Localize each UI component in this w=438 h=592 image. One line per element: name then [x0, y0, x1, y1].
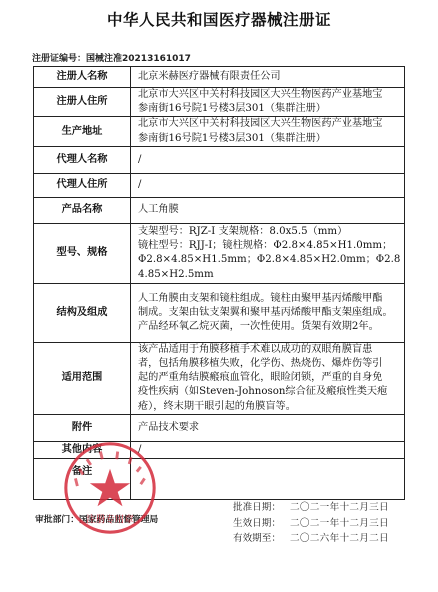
approval-department-value: 国家药品监督管理局 — [79, 515, 158, 525]
row-value: 产品技术要求 — [131, 414, 405, 441]
row-label: 附件 — [34, 414, 131, 441]
row-value — [131, 458, 405, 499]
row-label: 注册人名称 — [34, 67, 131, 88]
row-value: 北京市大兴区中关村科技园区大兴生物医药产业基地宝 参南街16号院1号楼3层301… — [131, 88, 405, 117]
row-value: / — [131, 173, 405, 197]
registration-number: 注册证编号：国械注准20213161017 — [32, 51, 191, 64]
row-label: 型号、规格 — [34, 223, 131, 283]
table-row-production-address: 生产地址 北京市大兴区中关村科技园区大兴生物医药产业基地宝 参南街16号院1号楼… — [34, 117, 405, 146]
approval-department-label: 审批部门： — [35, 515, 79, 525]
row-label: 其他内容 — [34, 441, 131, 458]
row-label: 代理人住所 — [34, 173, 131, 197]
registration-number-value: 国械注准20213161017 — [86, 54, 191, 64]
document-title: 中华人民共和国医疗器械注册证 — [0, 8, 438, 30]
table-row-scope-of-application: 适用范围 该产品适用于角膜移植手术难以成功的双眼角膜盲患 者，包括角膜移植失败，… — [34, 342, 405, 414]
table-row-remarks: 备注 — [34, 458, 405, 499]
row-value: 北京米赫医疗器械有限责任公司 — [131, 67, 405, 88]
row-label: 产品名称 — [34, 197, 131, 223]
expiry-date: 有效期至： 二〇二六年十二月二日 — [233, 531, 389, 547]
row-label: 代理人名称 — [34, 146, 131, 173]
table-row-attachment: 附件 产品技术要求 — [34, 414, 405, 441]
table-row-agent-name: 代理人名称 / — [34, 146, 405, 173]
row-label: 备注 — [34, 458, 131, 499]
row-value: / — [131, 146, 405, 173]
row-value: 人工角膜由支架和镜柱组成。镜柱由聚甲基丙烯酸甲酯 制成。支架由钛支架翼和聚甲基丙… — [131, 283, 405, 342]
table-row-agent-address: 代理人住所 / — [34, 173, 405, 197]
table-row-structure-composition: 结构及组成 人工角膜由支架和镜柱组成。镜柱由聚甲基丙烯酸甲酯 制成。支架由钛支架… — [34, 283, 405, 342]
table-row-product-name: 产品名称 人工角膜 — [34, 197, 405, 223]
row-label: 适用范围 — [34, 342, 131, 414]
row-value: 该产品适用于角膜移植手术难以成功的双眼角膜盲患 者，包括角膜移植失败，化学伤、热… — [131, 342, 405, 414]
table-row-registrant-name: 注册人名称 北京米赫医疗器械有限责任公司 — [34, 67, 405, 88]
row-value: 北京市大兴区中关村科技园区大兴生物医药产业基地宝 参南街16号院1号楼3层301… — [131, 117, 405, 146]
date-block: 批准日期： 二〇二一年十二月三日 生效日期： 二〇二一年十二月三日 有效期至： … — [233, 500, 389, 547]
table-row-model-spec: 型号、规格 支架型号：RJZ-I 支架规格：8.0x5.5（mm） 镜柱型号：R… — [34, 223, 405, 283]
row-label: 注册人住所 — [34, 88, 131, 117]
approval-date: 批准日期： 二〇二一年十二月三日 — [233, 500, 389, 516]
effective-date: 生效日期： 二〇二一年十二月三日 — [233, 516, 389, 532]
row-value: 人工角膜 — [131, 197, 405, 223]
row-value: 支架型号：RJZ-I 支架规格：8.0x5.5（mm） 镜柱型号：RJJ-I；镜… — [131, 223, 405, 283]
approval-department: 审批部门：国家药品监督管理局 — [35, 512, 158, 525]
registration-number-label: 注册证编号： — [32, 54, 86, 64]
table-row-registrant-address: 注册人住所 北京市大兴区中关村科技园区大兴生物医药产业基地宝 参南街16号院1号… — [34, 88, 405, 117]
table-row-other-content: 其他内容 / — [34, 441, 405, 458]
row-value: / — [131, 441, 405, 458]
row-label: 生产地址 — [34, 117, 131, 146]
row-label: 结构及组成 — [34, 283, 131, 342]
certificate-table: 注册人名称 北京米赫医疗器械有限责任公司 注册人住所 北京市大兴区中关村科技园区… — [33, 66, 405, 500]
